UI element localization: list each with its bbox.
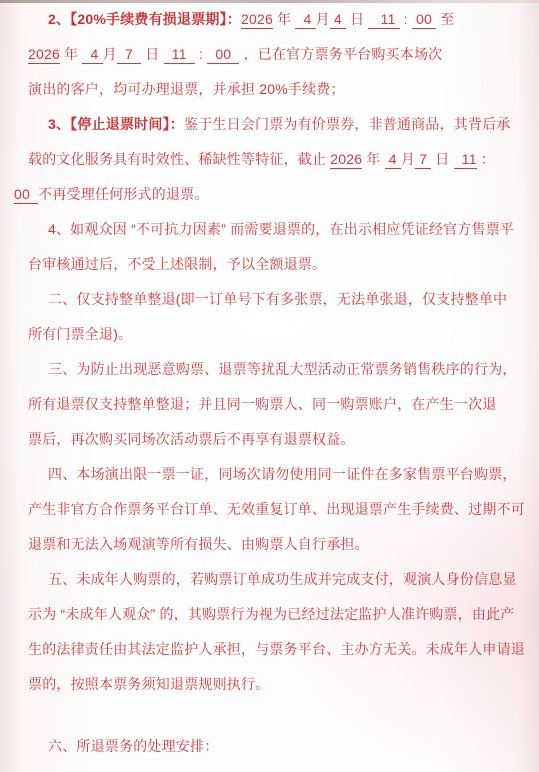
paragraph-item-2-fee-refund-period: 2、【20%手续费有损退票期】：2026 年 4 月 4 日 11 : 00 至… bbox=[28, 2, 515, 107]
text-line: 2、【20%手续费有损退票期】：2026 年 4 月 4 日 11 : 00 至 bbox=[28, 2, 515, 37]
paragraph-section-5-minors: 五、未成年人购票的，若购票订单成功生成并完成支付，观演人身份信息显示为 “未成年… bbox=[28, 562, 515, 702]
text-line: 示为 “未成年人观众” 的，其购票行为视为已经过法定监护人准许购票，由此产 bbox=[28, 597, 515, 632]
text-line: 退票和无法入场观演等所有损失、由购票人自行承担。 bbox=[28, 527, 515, 562]
text-segment: 4、如观众因 “不可抗力因素” 而需要退票的，在出示相应凭证经官方售票平 bbox=[48, 221, 514, 237]
text-line: 产生非官方合作票务平台订单、无效重复订单、出现退票产生手续费、过期不可 bbox=[28, 492, 515, 527]
text-line: 3、【停止退票时间】：鉴于生日会门票为有价票券，非普通商品，其背后承 bbox=[28, 107, 515, 142]
filled-blank-value: 00 bbox=[412, 11, 436, 29]
paragraph-item-3-refund-deadline: 3、【停止退票时间】：鉴于生日会门票为有价票券，非普通商品，其背后承载的文化服务… bbox=[28, 107, 515, 212]
text-segment: 票后，再次购买同场次活动票后不再享有退票权益。 bbox=[28, 431, 355, 447]
text-segment: 票的，按照本票务须知退票规则执行。 bbox=[28, 676, 269, 692]
text-line: 六、所退票务的处理安排： bbox=[28, 729, 515, 764]
text-segment: 演出的客户，均可办理退票，并承担 20%手续费； bbox=[28, 81, 345, 97]
filled-blank-value: 4 bbox=[330, 11, 346, 29]
text-segment: 月 bbox=[401, 151, 415, 167]
text-segment: 年 bbox=[362, 151, 384, 167]
text-segment: 日 bbox=[346, 11, 368, 27]
text-segment: 产生非官方合作票务平台订单、无效重复订单、出现退票产生手续费、过期不可 bbox=[28, 501, 525, 517]
text-line: 票的，按照本票务须知退票规则执行。 bbox=[28, 667, 515, 702]
text-segment: 三、为防止出现恶意购票、退票等扰乱大型活动正常票务销售秩序的行为， bbox=[48, 361, 517, 377]
paragraph-section-4-one-ticket-one-id: 四、本场演出限一票一证，同场次请勿使用同一证件在多家售票平台购票，产生非官方合作… bbox=[28, 457, 515, 562]
refund-policy-document: 2、【20%手续费有损退票期】：2026 年 4 月 4 日 11 : 00 至… bbox=[28, 2, 515, 764]
text-segment: 3、【停止退票时间】： bbox=[48, 116, 184, 132]
text-segment: 生的法律责任由其法定监护人承担，与票务平台、主办方无关。未成年人申请退 bbox=[28, 641, 525, 657]
filled-blank-value: 4 bbox=[385, 151, 401, 169]
filled-blank-value: 11 bbox=[368, 11, 399, 29]
text-segment: 五、未成年人购票的，若购票订单成功生成并完成支付，观演人身份信息显 bbox=[48, 571, 517, 587]
text-segment: ： bbox=[477, 151, 495, 167]
filled-blank-value: 00 bbox=[14, 186, 38, 204]
text-segment: 四、本场演出限一票一证，同场次请勿使用同一证件在多家售票平台购票， bbox=[48, 466, 517, 482]
text-line: 演出的客户，均可办理退票，并承担 20%手续费； bbox=[28, 72, 515, 107]
text-line: 生的法律责任由其法定监护人承担，与票务平台、主办方无关。未成年人申请退 bbox=[28, 632, 515, 667]
document-lines: 2、【20%手续费有损退票期】：2026 年 4 月 4 日 11 : 00 至… bbox=[28, 2, 515, 764]
text-segment: 年 bbox=[273, 11, 295, 27]
text-line: 4、如观众因 “不可抗力因素” 而需要退票的，在出示相应凭证经官方售票平 bbox=[28, 212, 515, 247]
filled-blank-value: 2026 bbox=[28, 46, 60, 64]
text-segment: 日 bbox=[141, 46, 163, 62]
paragraph-item-4-force-majeure: 4、如观众因 “不可抗力因素” 而需要退票的，在出示相应凭证经官方售票平台审核通… bbox=[28, 212, 515, 282]
filled-blank-value: 11 bbox=[454, 151, 477, 169]
text-segment: ，已在官方票务平台购买本场次 bbox=[239, 46, 442, 62]
filled-blank-value: 2026 bbox=[330, 151, 362, 169]
text-line: 00 不再受理任何形式的退票。 bbox=[14, 177, 515, 212]
text-line: 所有门票全退)。 bbox=[28, 317, 515, 352]
text-line: 所有退票仅支持整单整退；并且同一购票人、同一购票账户，在产生一次退 bbox=[28, 387, 515, 422]
filled-blank-value: 2026 bbox=[241, 11, 273, 29]
text-segment: 二、仅支持整单整退(即一订单号下有多张票，无法单张退，仅支持整单中 bbox=[48, 291, 507, 307]
text-segment: 至 bbox=[436, 11, 454, 27]
text-segment: 鉴于生日会门票为有价票券，非普通商品，其背后承 bbox=[184, 116, 511, 132]
text-segment: 六、所退票务的处理安排： bbox=[48, 738, 218, 754]
text-segment: 月 bbox=[103, 46, 117, 62]
paragraph-section-3-malicious-purchase: 三、为防止出现恶意购票、退票等扰乱大型活动正常票务销售秩序的行为，所有退票仅支持… bbox=[28, 352, 515, 457]
text-line: 2026 年 4 月 7 日 11 : 00 ，已在官方票务平台购买本场次 bbox=[28, 37, 515, 72]
filled-blank-value: 7 bbox=[415, 151, 431, 169]
text-segment: 示为 “未成年人观众” 的，其购票行为视为已经过法定监护人准许购票，由此产 bbox=[28, 606, 515, 622]
text-segment: 所有门票全退)。 bbox=[28, 326, 132, 342]
text-line: 五、未成年人购票的，若购票订单成功生成并完成支付，观演人身份信息显 bbox=[28, 562, 515, 597]
text-segment: 载的文化服务具有时效性、稀缺性等特征，截止 bbox=[28, 151, 330, 167]
text-segment: 退票和无法入场观演等所有损失、由购票人自行承担。 bbox=[28, 536, 369, 552]
text-segment: 日 bbox=[431, 151, 453, 167]
filled-blank-value: 11 bbox=[164, 46, 195, 64]
text-line: 票后，再次购买同场次活动票后不再享有退票权益。 bbox=[28, 422, 515, 457]
text-line: 三、为防止出现恶意购票、退票等扰乱大型活动正常票务销售秩序的行为， bbox=[28, 352, 515, 387]
paragraph-section-6-refund-handling: 六、所退票务的处理安排： bbox=[28, 729, 515, 764]
text-segment: 年 bbox=[60, 46, 82, 62]
filled-blank-value: 4 bbox=[82, 46, 102, 64]
text-segment: : bbox=[400, 11, 412, 27]
text-segment: 台审核通过后，不受上述限制，予以全额退票。 bbox=[28, 256, 326, 272]
text-segment: 所有退票仅支持整单整退；并且同一购票人、同一购票账户，在产生一次退 bbox=[28, 396, 497, 412]
text-line: 四、本场演出限一票一证，同场次请勿使用同一证件在多家售票平台购票， bbox=[28, 457, 515, 492]
paragraph-section-2-whole-order-refund: 二、仅支持整单整退(即一订单号下有多张票，无法单张退，仅支持整单中所有门票全退)… bbox=[28, 282, 515, 352]
refund-policy-page: 2、【20%手续费有损退票期】：2026 年 4 月 4 日 11 : 00 至… bbox=[0, 0, 539, 772]
text-segment: 2、【20%手续费有损退票期】： bbox=[48, 11, 241, 27]
filled-blank-value: 00 bbox=[207, 46, 239, 64]
text-line: 二、仅支持整单整退(即一订单号下有多张票，无法单张退，仅支持整单中 bbox=[28, 282, 515, 317]
filled-blank-value: 4 bbox=[295, 11, 315, 29]
text-segment: 不再受理任何形式的退票。 bbox=[38, 186, 208, 202]
filled-blank-value: 7 bbox=[117, 46, 141, 64]
text-segment: 月 bbox=[316, 11, 330, 27]
text-line: 台审核通过后，不受上述限制，予以全额退票。 bbox=[28, 247, 515, 282]
text-segment: : bbox=[195, 46, 207, 62]
text-line: 载的文化服务具有时效性、稀缺性等特征，截止 2026 年 4 月 7 日 11 … bbox=[28, 142, 515, 177]
